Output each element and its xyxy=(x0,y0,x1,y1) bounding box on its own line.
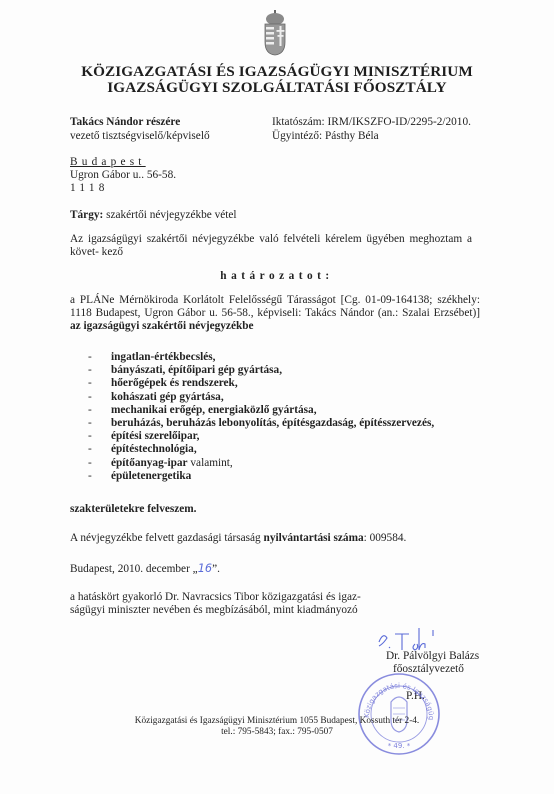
registry-value: : 009584. xyxy=(364,532,407,544)
handwritten-day: 16 xyxy=(198,562,212,575)
list-bullet: - xyxy=(88,430,92,443)
intro-paragraph: Az igazságügyi szakértői névjegyzékbe va… xyxy=(70,233,472,259)
svg-text:* 49. *: * 49. * xyxy=(388,742,411,750)
subject-text: szakértői névjegyzékbe vétel xyxy=(103,209,236,221)
expertise-field-item: -építőanyag-ipar valamint, xyxy=(88,457,434,470)
expertise-field-item: -épületenergetika xyxy=(88,470,434,483)
field-name: mechanikai erőgép, energiaközlő gyártása… xyxy=(111,404,317,416)
field-suffix: valamint, xyxy=(188,457,233,469)
recipient-name: Takács Nándor részére xyxy=(70,116,180,129)
registry-number-line: A névjegyzékbe felvett gazdasági társasá… xyxy=(70,532,406,545)
list-bullet: - xyxy=(88,404,92,417)
field-name: építéstechnológia, xyxy=(111,443,197,455)
expertise-fields-list: -ingatlan-értékbecslés,-bányászati, épít… xyxy=(88,351,434,483)
field-name: hőerőgépek és rendszerek, xyxy=(111,377,238,389)
case-officer: Ügyintéző: Pásthy Béla xyxy=(272,130,379,143)
recipient-city: Budapest xyxy=(70,156,146,169)
official-stamp: Közigazgatási és Igazságügyi Minisztériu… xyxy=(357,672,441,756)
svg-text:Közigazgatási és Igazságügyi M: Közigazgatási és Igazságügyi Minisztériu… xyxy=(357,672,435,720)
footer-contact: tel.: 795-5843; fax.: 795-0507 xyxy=(0,727,554,738)
department-title: IGAZSÁGÜGYI SZOLGÁLTATÁSI FŐOSZTÁLY xyxy=(0,79,554,97)
list-bullet: - xyxy=(88,457,92,470)
field-name: beruházás, beruházás lebonyolítás, építé… xyxy=(111,417,434,429)
footer-address: Közigazgatási és Igazságügyi Minisztériu… xyxy=(0,716,554,727)
list-bullet: - xyxy=(88,377,92,390)
expertise-field-item: -beruházás, beruházás lebonyolítás, épít… xyxy=(88,417,434,430)
decision-paragraph: a PLÁNe Mérnökiroda Korlátolt Felelősség… xyxy=(70,294,480,333)
list-bullet: - xyxy=(88,391,92,404)
expertise-field-item: -építési szerelőipar, xyxy=(88,430,434,443)
field-name: építési szerelőipar, xyxy=(111,430,199,442)
recipient-role: vezető tisztségviselő/képviselő xyxy=(70,130,210,143)
conclusion: szakterületekre felveszem. xyxy=(70,503,197,516)
field-name: kohászati gép gyártása, xyxy=(111,391,224,403)
expertise-field-item: -kohászati gép gyártása, xyxy=(88,391,434,404)
authority-line-2: ságügyi miniszter nevében és megbízásábó… xyxy=(70,604,358,617)
registry-label: nyilvántartási száma xyxy=(264,532,364,544)
date-suffix: ”. xyxy=(212,563,220,575)
file-number: Iktatószám: IRM/IKSZFO-ID/2295-2/2010. xyxy=(272,116,471,129)
registry-prefix: A névjegyzékbe felvett gazdasági társasá… xyxy=(70,532,264,544)
decision-text: a PLÁNe Mérnökiroda Korlátolt Felelősség… xyxy=(70,294,480,319)
field-name: épületenergetika xyxy=(111,470,191,482)
date-line: Budapest, 2010. december „16”. xyxy=(70,562,220,576)
subject-label: Tárgy: xyxy=(70,209,103,221)
list-bullet: - xyxy=(88,443,92,456)
recipient-zip: 1118 xyxy=(70,182,109,195)
decision-bold-tail: az igazságügyi szakértői névjegyzékbe xyxy=(70,320,254,332)
subject-line: Tárgy: szakértői névjegyzékbe vétel xyxy=(70,209,237,222)
field-name: építőanyag-ipar xyxy=(111,457,188,469)
list-bullet: - xyxy=(88,470,92,483)
expertise-field-item: -hőerőgépek és rendszerek, xyxy=(88,377,434,390)
list-bullet: - xyxy=(88,364,92,377)
authority-line-1: a hatáskört gyakorló Dr. Navracsics Tibo… xyxy=(70,591,361,604)
expertise-field-item: -mechanikai erőgép, energiaközlő gyártás… xyxy=(88,404,434,417)
recipient-street: Ugron Gábor u.. 56-58. xyxy=(70,169,176,182)
expertise-field-item: -bányászati, építőipari gép gyártása, xyxy=(88,364,434,377)
field-name: ingatlan-értékbecslés, xyxy=(111,351,215,363)
expertise-field-item: -építéstechnológia, xyxy=(88,443,434,456)
field-name: bányászati, építőipari gép gyártása, xyxy=(111,364,282,376)
signatory-name: Dr. Pálvölgyi Balázs xyxy=(386,650,479,663)
date-prefix: Budapest, 2010. december „ xyxy=(70,563,198,575)
decision-heading: határozatot: xyxy=(0,270,554,283)
list-bullet: - xyxy=(88,417,92,430)
coat-of-arms-icon xyxy=(262,10,288,56)
list-bullet: - xyxy=(88,351,92,364)
expertise-field-item: -ingatlan-értékbecslés, xyxy=(88,351,434,364)
intro-text: Az igazságügyi szakértői névjegyzékbe va… xyxy=(70,233,472,258)
